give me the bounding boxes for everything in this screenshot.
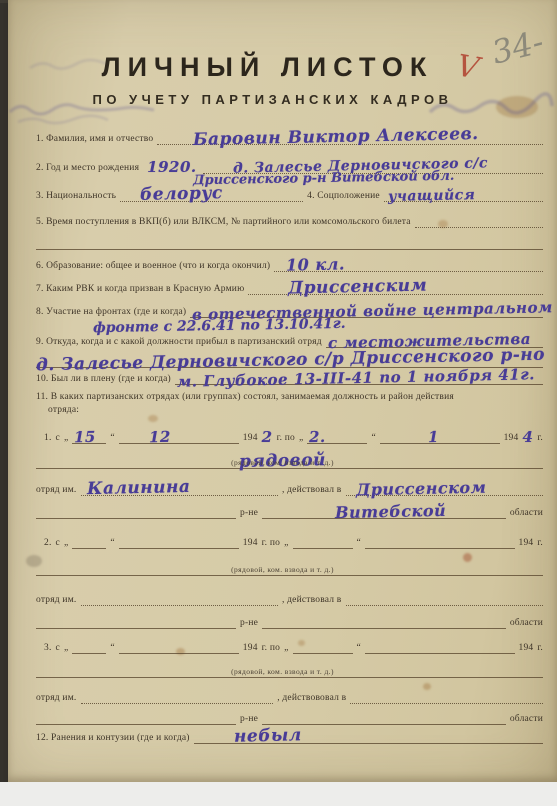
entry-3-number: 3. — [44, 643, 52, 654]
field-7-value: Дриссенским — [288, 276, 428, 299]
entry-1-region: Дриссенском — [355, 478, 486, 500]
form-title: ЛИЧНЫЙ ЛИСТОК — [8, 52, 527, 83]
entry-1-from-year: 2 — [262, 428, 273, 446]
entry-2-otryad-row: отряд им. , действовал в — [36, 592, 543, 606]
paper-stain — [463, 553, 472, 562]
form-paper: ЛИЧНЫЙ ЛИСТОК ПО УЧЕТУ ПАРТИЗАНСКИХ КАДР… — [8, 0, 557, 782]
entry-3-otryad-line — [81, 690, 274, 704]
entry-2-quote3: „ — [284, 538, 288, 549]
field-3-label: 3. Национальность — [36, 191, 116, 202]
field-6-row: 6. Образование: общее и военное (что и к… — [36, 258, 543, 272]
entry-1-g-po: г. по — [277, 433, 295, 444]
field-4-value: учащийся — [388, 187, 476, 205]
entry-2-g-po: г. по — [262, 538, 280, 549]
entry-3-from-month-line — [119, 640, 239, 654]
entry-1-oblast-row: р-не Витебской области — [36, 505, 543, 519]
entry-3-quote4: “ — [357, 643, 361, 654]
entry-2-otryad-label: отряд им. — [36, 595, 77, 606]
entry-2-otryad-line — [81, 592, 279, 606]
entry-3-dates-row: 3. с „ “ 194 г. по „ “ 194 г. — [44, 640, 543, 654]
entry-2-rne-label: р-не — [240, 618, 258, 629]
entry-1-from-year-prefix: 194 — [243, 433, 258, 444]
field-5-row: 5. Время поступления в ВКП(б) или ВЛКСМ,… — [36, 214, 543, 228]
entry-3-s: с — [56, 643, 60, 654]
entry-3-to-year-prefix: 194 — [519, 643, 534, 654]
entry-3-oblast-prefix-line — [36, 711, 236, 725]
entry-2-oblast-row: р-не области — [36, 615, 543, 629]
entry-2-number: 2. — [44, 538, 52, 549]
entry-3-quote: „ — [64, 643, 68, 654]
entry-2-s: с — [56, 538, 60, 549]
entry-1-to-day: 2. — [309, 428, 326, 446]
entry-2-from-month-line — [119, 535, 239, 549]
field-6-label: 6. Образование: общее и военное (что и к… — [36, 261, 270, 272]
entry-1-otryad-line: Калинина — [81, 482, 279, 496]
entry-1-rne-label: р-не — [240, 508, 258, 519]
entry-3-oblasti-label: области — [510, 714, 543, 725]
field-7-row: 7. Каким РВК и когда призван в Красную А… — [36, 281, 543, 295]
entry-3-oblast-row: р-не области — [36, 711, 543, 725]
entry-3-from-day-line — [72, 640, 106, 654]
field-5-label: 5. Время поступления в ВКП(б) или ВЛКСМ,… — [36, 217, 411, 228]
entry-1-quote3: „ — [299, 433, 303, 444]
entry-1-to-year-prefix: 194 — [504, 433, 519, 444]
entry-1-to-month: 1 — [428, 428, 439, 446]
entry-1-to-year: 4 — [522, 428, 533, 446]
entry-3-to-day-line — [293, 640, 353, 654]
entry-2-g: г. — [537, 538, 543, 549]
field-3-line: белорус — [120, 188, 303, 202]
scanned-document-page: ЛИЧНЫЙ ЛИСТОК ПО УЧЕТУ ПАРТИЗАНСКИХ КАДР… — [0, 0, 557, 806]
entry-1-g: г. — [537, 433, 543, 444]
field-6-value: 10 кл. — [286, 254, 345, 274]
field-12-label: 12. Ранения и контузии (где и когда) — [36, 733, 190, 744]
field-1-label: 1. Фамилия, имя и отчество — [36, 134, 153, 145]
field-1-row: 1. Фамилия, имя и отчество Баровин Викто… — [36, 131, 543, 145]
entry-1-oblast-prefix-line — [36, 505, 236, 519]
entry-1-from-day-line: 15 — [72, 430, 106, 444]
field-12-line: небыл — [194, 730, 543, 744]
field-12-value: небыл — [233, 725, 301, 746]
entry-1-s: с — [56, 433, 60, 444]
entry-3-rne-label: р-не — [240, 714, 258, 725]
paper-stain — [423, 683, 431, 690]
entry-3-from-year-prefix: 194 — [243, 643, 258, 654]
entry-1-from-month: 12 — [149, 428, 171, 446]
entry-1-to-day-line: 2. — [307, 430, 367, 444]
entry-2-oblast-line — [262, 615, 506, 629]
entry-3-otryad-label: отряд им. — [36, 693, 77, 704]
entry-2-quote: „ — [64, 538, 68, 549]
entry-2-to-day-line — [293, 535, 353, 549]
field-2-year: 1920. — [147, 158, 196, 176]
field-7-line: Дриссенским — [248, 281, 543, 295]
entry-2-position-caption: (рядовой, ком. взвода и т. д.) — [8, 565, 557, 574]
field-4-line: учащийся — [384, 188, 543, 202]
entry-1-quote: „ — [64, 433, 68, 444]
entry-2-to-month-line — [365, 535, 515, 549]
entry-2-region-line — [346, 592, 544, 606]
field-11-label-line2: отряда: — [48, 405, 79, 416]
entry-1-oblasti-label: области — [510, 508, 543, 519]
entry-1-from-day: 15 — [74, 428, 96, 446]
field-11-label-line1: 11. В каких партизанских отрядах (или гр… — [36, 392, 454, 403]
field-10-row: 10. Был ли в плену (где и когда) м. Глуб… — [36, 371, 543, 385]
field-12-row: 12. Ранения и контузии (где и когда) неб… — [36, 730, 543, 744]
entry-3-g: г. — [537, 643, 543, 654]
entry-2-from-year-prefix: 194 — [243, 538, 258, 549]
entry-3-acted-label: , действововал в — [277, 693, 346, 704]
field-11-row2: отряда: — [48, 405, 543, 416]
entry-1-quote4: “ — [371, 433, 375, 444]
form-subtitle: ПО УЧЕТУ ПАРТИЗАНСКИХ КАДРОВ — [8, 92, 537, 107]
pencil-page-number: 34- — [488, 22, 547, 71]
entry-2-to-year-prefix: 194 — [519, 538, 534, 549]
entry-1-oblast: Витебской — [335, 501, 447, 522]
entry-1-acted-label: , действовал в — [282, 485, 342, 496]
scan-background-edge — [0, 0, 8, 784]
entry-1-otryad-name: Калинина — [86, 477, 190, 499]
entry-3-quote3: „ — [284, 643, 288, 654]
entry-1-to-month-line: 1 — [380, 430, 500, 444]
entry-2-dates-row: 2. с „ “ 194 г. по „ “ 194 г. — [44, 535, 543, 549]
field-1-line: Баровин Виктор Алексеев. — [157, 131, 543, 145]
field-7-label: 7. Каким РВК и когда призван в Красную А… — [36, 284, 244, 295]
entry-1-oblast-line: Витебской — [262, 505, 506, 519]
entry-1-quote2: “ — [110, 433, 114, 444]
scanner-background-bottom — [0, 782, 557, 806]
entry-1-dates-row: 1. с „ 15 “ 12 194 2 г. по „ 2. “ 1 194 … — [44, 428, 543, 444]
entry-1-otryad-row: отряд им. Калинина , действовал в Дриссе… — [36, 482, 543, 496]
entry-1-from-month-line: 12 — [119, 430, 239, 444]
field-8-label: 8. Участие на фронтах (где и когда) — [36, 307, 186, 318]
entry-1-otryad-label: отряд им. — [36, 485, 77, 496]
field-5-line — [415, 214, 543, 228]
field-2-place2: Дриссенского р-н Витебской обл. — [193, 169, 455, 189]
field-1-value: Баровин Виктор Алексеев. — [193, 124, 479, 150]
entry-2-quote4: “ — [357, 538, 361, 549]
entry-3-region-line — [350, 690, 543, 704]
entry-2-oblasti-label: области — [510, 618, 543, 629]
field-10-line: м. Глубокое 13-III-41 по 1 ноября 41г. — [175, 371, 543, 385]
entry-3-oblast-line — [262, 711, 506, 725]
entry-2-oblast-prefix-line — [36, 615, 236, 629]
paper-stain — [148, 415, 158, 422]
entry-3-to-month-line — [365, 640, 515, 654]
field-8-line: в отечественной войне центральном — [190, 304, 543, 318]
field-6-line: 10 кл. — [274, 258, 543, 272]
field-5-extra-line-row — [36, 236, 543, 250]
entry-1-region-line: Дриссенском — [346, 482, 544, 496]
field-5-extra-line — [36, 236, 543, 250]
entry-2-quote2: “ — [110, 538, 114, 549]
field-3-4-row: 3. Национальность белорус 4. Соцположени… — [36, 188, 543, 202]
entry-3-g-po: г. по — [262, 643, 280, 654]
field-11-row: 11. В каких партизанских отрядах (или гр… — [36, 392, 543, 403]
entry-1-position-caption: (рядовой, ком. взвода и т. д.) — [8, 458, 557, 467]
field-4-label: 4. Соцположение — [307, 191, 380, 202]
field-10-label: 10. Был ли в плену (где и когда) — [36, 374, 171, 385]
entry-3-position-caption: (рядовой, ком. взвода и т. д.) — [8, 667, 557, 676]
field-9-label: 9. Откуда, когда и с какой должности при… — [36, 337, 322, 348]
entry-3-quote2: “ — [110, 643, 114, 654]
field-2-label: 2. Год и место рождения — [36, 163, 139, 174]
entry-2-acted-label: , действовал в — [282, 595, 342, 606]
entry-2-from-day-line — [72, 535, 106, 549]
entry-3-otryad-row: отряд им. , действововал в — [36, 690, 543, 704]
field-3-value: белорус — [140, 183, 223, 205]
entry-1-number: 1. — [44, 433, 52, 444]
